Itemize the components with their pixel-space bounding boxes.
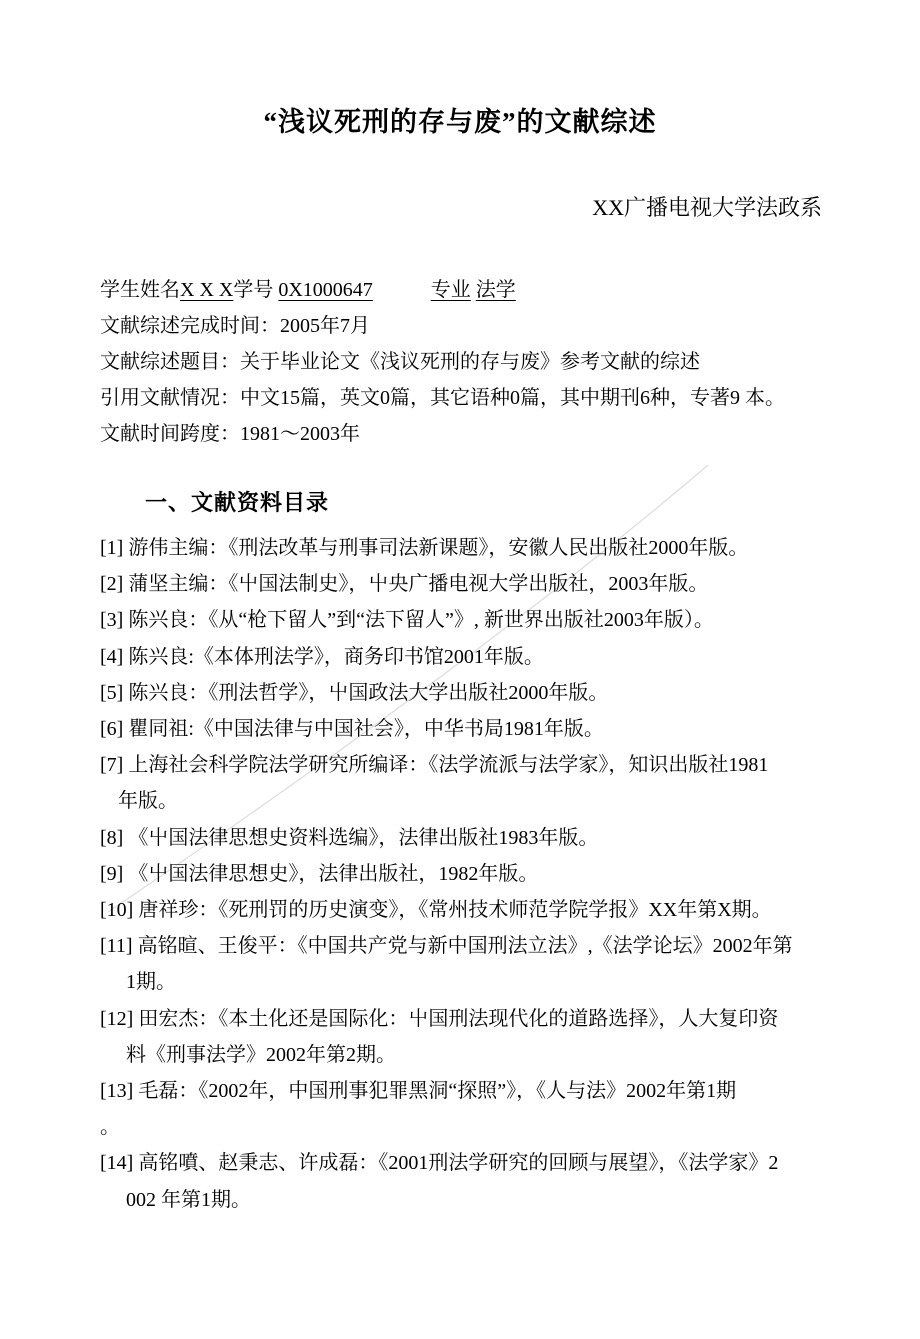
bib-item-9: [9] 《屮国法律思想史》，法律出版社，1982年版。 (100, 856, 840, 892)
bib-item-2: [2] 蒲坚主编：《屮国法制史》，屮央广播电视大学出版社，2003年版。 (100, 566, 840, 602)
bib-item-13: [13] 毛磊：《2002年，中国刑事犯罪黑洞“探照”》，《人与法》2002年第… (100, 1073, 840, 1109)
bib-item-6: [6] 瞿同祖:《中国法律与中国社会》，中华书局1981年版。 (100, 711, 840, 747)
affiliation-line: XX广播电视大学法政系 (100, 192, 822, 224)
meta-line-citation-stats: 引用文献情况：中文15篇，英文0篇，其它语种0篇，其中期刊6种，专著9 本。 (100, 380, 840, 416)
bib-item-4: [4] 陈兴良:《本体刑法学》，商务印书馆2001年版。 (100, 639, 840, 675)
bib-item-13-cont: 。 (100, 1109, 840, 1145)
section-heading: 一、文献资料目录 (145, 486, 329, 520)
major-label: 专业 (431, 279, 471, 301)
bib-item-8: [8] 《屮国法律思想史资料选编》，法律出版社1983年版。 (100, 820, 840, 856)
student-id-label: 学号 (233, 279, 273, 301)
student-id-value: 0X1000647 (278, 279, 372, 301)
meta-line-completion-date: 文献综述完成时间：2005年7月 (100, 308, 840, 344)
bibliography-list: [1] 游伟主编：《刑法改革与刑事司法新课题》，安徽人民出版社2000年版。 [… (100, 530, 840, 1218)
bib-item-11-cont: 1期。 (100, 964, 840, 1000)
student-name-label: 学生姓名 (100, 279, 180, 301)
bib-item-7-cont: 年版。 (100, 783, 840, 819)
bib-item-3: [3] 陈兴良：《从“枪下留人”到“法下留人”》, 新世界出版社2003年版）。 (100, 602, 840, 638)
major-value: 法学 (476, 279, 516, 301)
bib-item-14: [14] 高铭噴、赵秉志、许成磊：《2001刑法学研究的回顾与展望》，《法学家》… (100, 1145, 840, 1181)
bib-item-5: [5] 陈兴良：《刑法哲学》，屮国政法大学出版社2000年版。 (100, 675, 840, 711)
student-name-value: X X X (180, 279, 233, 301)
document-title: “浅议死刑的存与废”的文献综述 (100, 100, 820, 144)
student-form-line: 学生姓名X X X学号 0X1000647专业 法学 (100, 272, 840, 308)
bib-item-1: [1] 游伟主编：《刑法改革与刑事司法新课题》，安徽人民出版社2000年版。 (100, 530, 840, 566)
document-page: “浅议死刑的存与废”的文献综述 XX广播电视大学法政系 学生姓名X X X学号 … (0, 0, 920, 1339)
meta-line-time-span: 文献时间跨度：1981～2003年 (100, 416, 840, 452)
bib-item-7: [7] 上海社会科学院法学研究所编译：《法学流派与法学家》，知识出版社1981 (100, 747, 840, 783)
bib-item-14-cont: 002 年第1期。 (100, 1182, 840, 1218)
student-info-block: 学生姓名X X X学号 0X1000647专业 法学 文献综述完成时间：2005… (100, 272, 840, 452)
meta-line-review-topic: 文献综述题目：关于毕业论文《浅议死刑的存与废》参考文献的综述 (100, 344, 840, 380)
bib-item-10: [10] 唐祥珍：《死刑罚的历史演变》，《常州技术师范学院学报》XX年第X期。 (100, 892, 840, 928)
bib-item-11: [11] 高铭暄、王俊平：《中国共产党与新中国刑法立法》,《法学论坛》2002年… (100, 928, 840, 964)
bib-item-12-cont: 料《刑事法学》2002年第2期。 (100, 1037, 840, 1073)
bib-item-12: [12] 田宏杰：《本土化还是国际化：屮国刑法现代化的道路选择》，人大复印资 (100, 1001, 840, 1037)
